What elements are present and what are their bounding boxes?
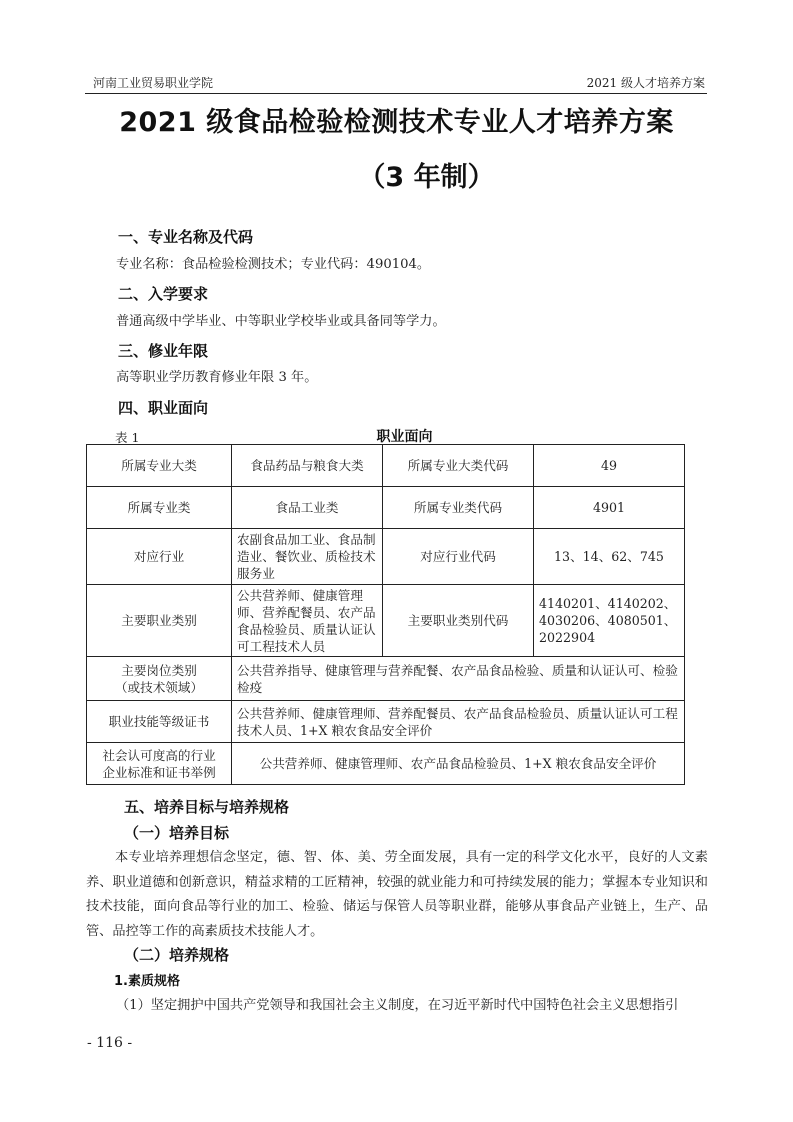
table-cell-label-line: 主要岗位类别 (92, 662, 226, 679)
table-cell-label: 主要岗位类别 （或技术领域） (87, 657, 232, 701)
subsection-heading-spec: （二）培养规格 (124, 944, 229, 965)
training-goal-paragraph: 本专业培养理想信念坚定，德、智、体、美、劳全面发展，具有一定的科学文化水平，良好… (86, 846, 708, 944)
section-text-1: 专业名称：食品检验检测技术；专业代码：490104。 (116, 253, 430, 272)
header-rule (85, 93, 707, 94)
running-header-doc-title: 2021 级人才培养方案 (587, 74, 705, 91)
table-cell-value: 农副食品加工业、食品制造业、餐饮业、质检技术服务业 (232, 529, 383, 585)
table-cell-value: 公共营养师、健康管理师、农产品食品检验员、1+X 粮农食品安全评价 (232, 743, 685, 785)
table-cell-label: 对应行业代码 (383, 529, 534, 585)
section-heading-1: 一、专业名称及代码 (118, 226, 253, 247)
table-row: 对应行业 农副食品加工业、食品制造业、餐饮业、质检技术服务业 对应行业代码 13… (87, 529, 685, 585)
table-cell-value: 食品药品与粮食大类 (232, 445, 383, 487)
section-heading-3: 三、修业年限 (118, 340, 208, 361)
table-cell-label: 所属专业大类代码 (383, 445, 534, 487)
table-cell-value: 4901 (534, 487, 685, 529)
table-cell-value: 公共营养师、健康管理师、营养配餐员、农产品食品检验员、质量认证认可工程技术人员 (232, 585, 383, 657)
spec-item-heading: 1.素质规格 (114, 970, 180, 989)
table-cell-label-line: 社会认可度高的行业 (92, 747, 226, 764)
table-cell-value: 13、14、62、745 (534, 529, 685, 585)
table-cell-value: 4140201、4140202、4030206、4080501、2022904 (534, 585, 685, 657)
table-row: 社会认可度高的行业 企业标准和证书举例 公共营养师、健康管理师、农产品食品检验员… (87, 743, 685, 785)
table-row: 所属专业大类 食品药品与粮食大类 所属专业大类代码 49 (87, 445, 685, 487)
section-text-2: 普通高级中学毕业、中等职业学校毕业或具备同等学力。 (116, 310, 446, 329)
table-cell-label: 主要职业类别 (87, 585, 232, 657)
table-cell-label-line: 企业标准和证书举例 (92, 764, 226, 781)
table-cell-value: 公共营养师、健康管理师、营养配餐员、农产品食品检验员、质量认证认可工程技术人员、… (232, 701, 685, 743)
subsection-heading-goal: （一）培养目标 (124, 822, 229, 843)
table-cell-value: 食品工业类 (232, 487, 383, 529)
table-cell-label: 所属专业类代码 (383, 487, 534, 529)
table-row: 职业技能等级证书 公共营养师、健康管理师、营养配餐员、农产品食品检验员、质量认证… (87, 701, 685, 743)
running-header-institution: 河南工业贸易职业学院 (93, 74, 213, 91)
table-cell-label: 所属专业类 (87, 487, 232, 529)
occupation-table: 所属专业大类 食品药品与粮食大类 所属专业大类代码 49 所属专业类 食品工业类… (86, 444, 685, 785)
spec-item-text: （1）坚定拥护中国共产党领导和我国社会主义制度，在习近平新时代中国特色社会主义思… (116, 994, 678, 1013)
table-cell-label: 社会认可度高的行业 企业标准和证书举例 (87, 743, 232, 785)
table-title: 职业面向 (0, 426, 793, 446)
table-cell-label: 主要职业类别代码 (383, 585, 534, 657)
section-heading-5: 五、培养目标与培养规格 (124, 796, 289, 817)
table-cell-label: 职业技能等级证书 (87, 701, 232, 743)
section-text-3: 高等职业学历教育修业年限 3 年。 (116, 366, 317, 385)
page-number: - 116 - (87, 1035, 132, 1051)
table-row: 主要职业类别 公共营养师、健康管理师、营养配餐员、农产品食品检验员、质量认证认可… (87, 585, 685, 657)
table-cell-label: 所属专业大类 (87, 445, 232, 487)
document-title: 2021 级食品检验检测技术专业人才培养方案 (0, 100, 793, 139)
section-heading-2: 二、入学要求 (118, 283, 208, 304)
table-cell-value: 49 (534, 445, 685, 487)
table-cell-label-line: （或技术领域） (92, 679, 226, 696)
section-heading-4: 四、职业面向 (118, 397, 208, 418)
table-cell-label: 对应行业 (87, 529, 232, 585)
table-cell-value: 公共营养指导、健康管理与营养配餐、农产品食品检验、质量和认证认可、检验检疫 (232, 657, 685, 701)
document-subtitle: （3 年制） (0, 155, 793, 194)
table-row: 主要岗位类别 （或技术领域） 公共营养指导、健康管理与营养配餐、农产品食品检验、… (87, 657, 685, 701)
table-row: 所属专业类 食品工业类 所属专业类代码 4901 (87, 487, 685, 529)
